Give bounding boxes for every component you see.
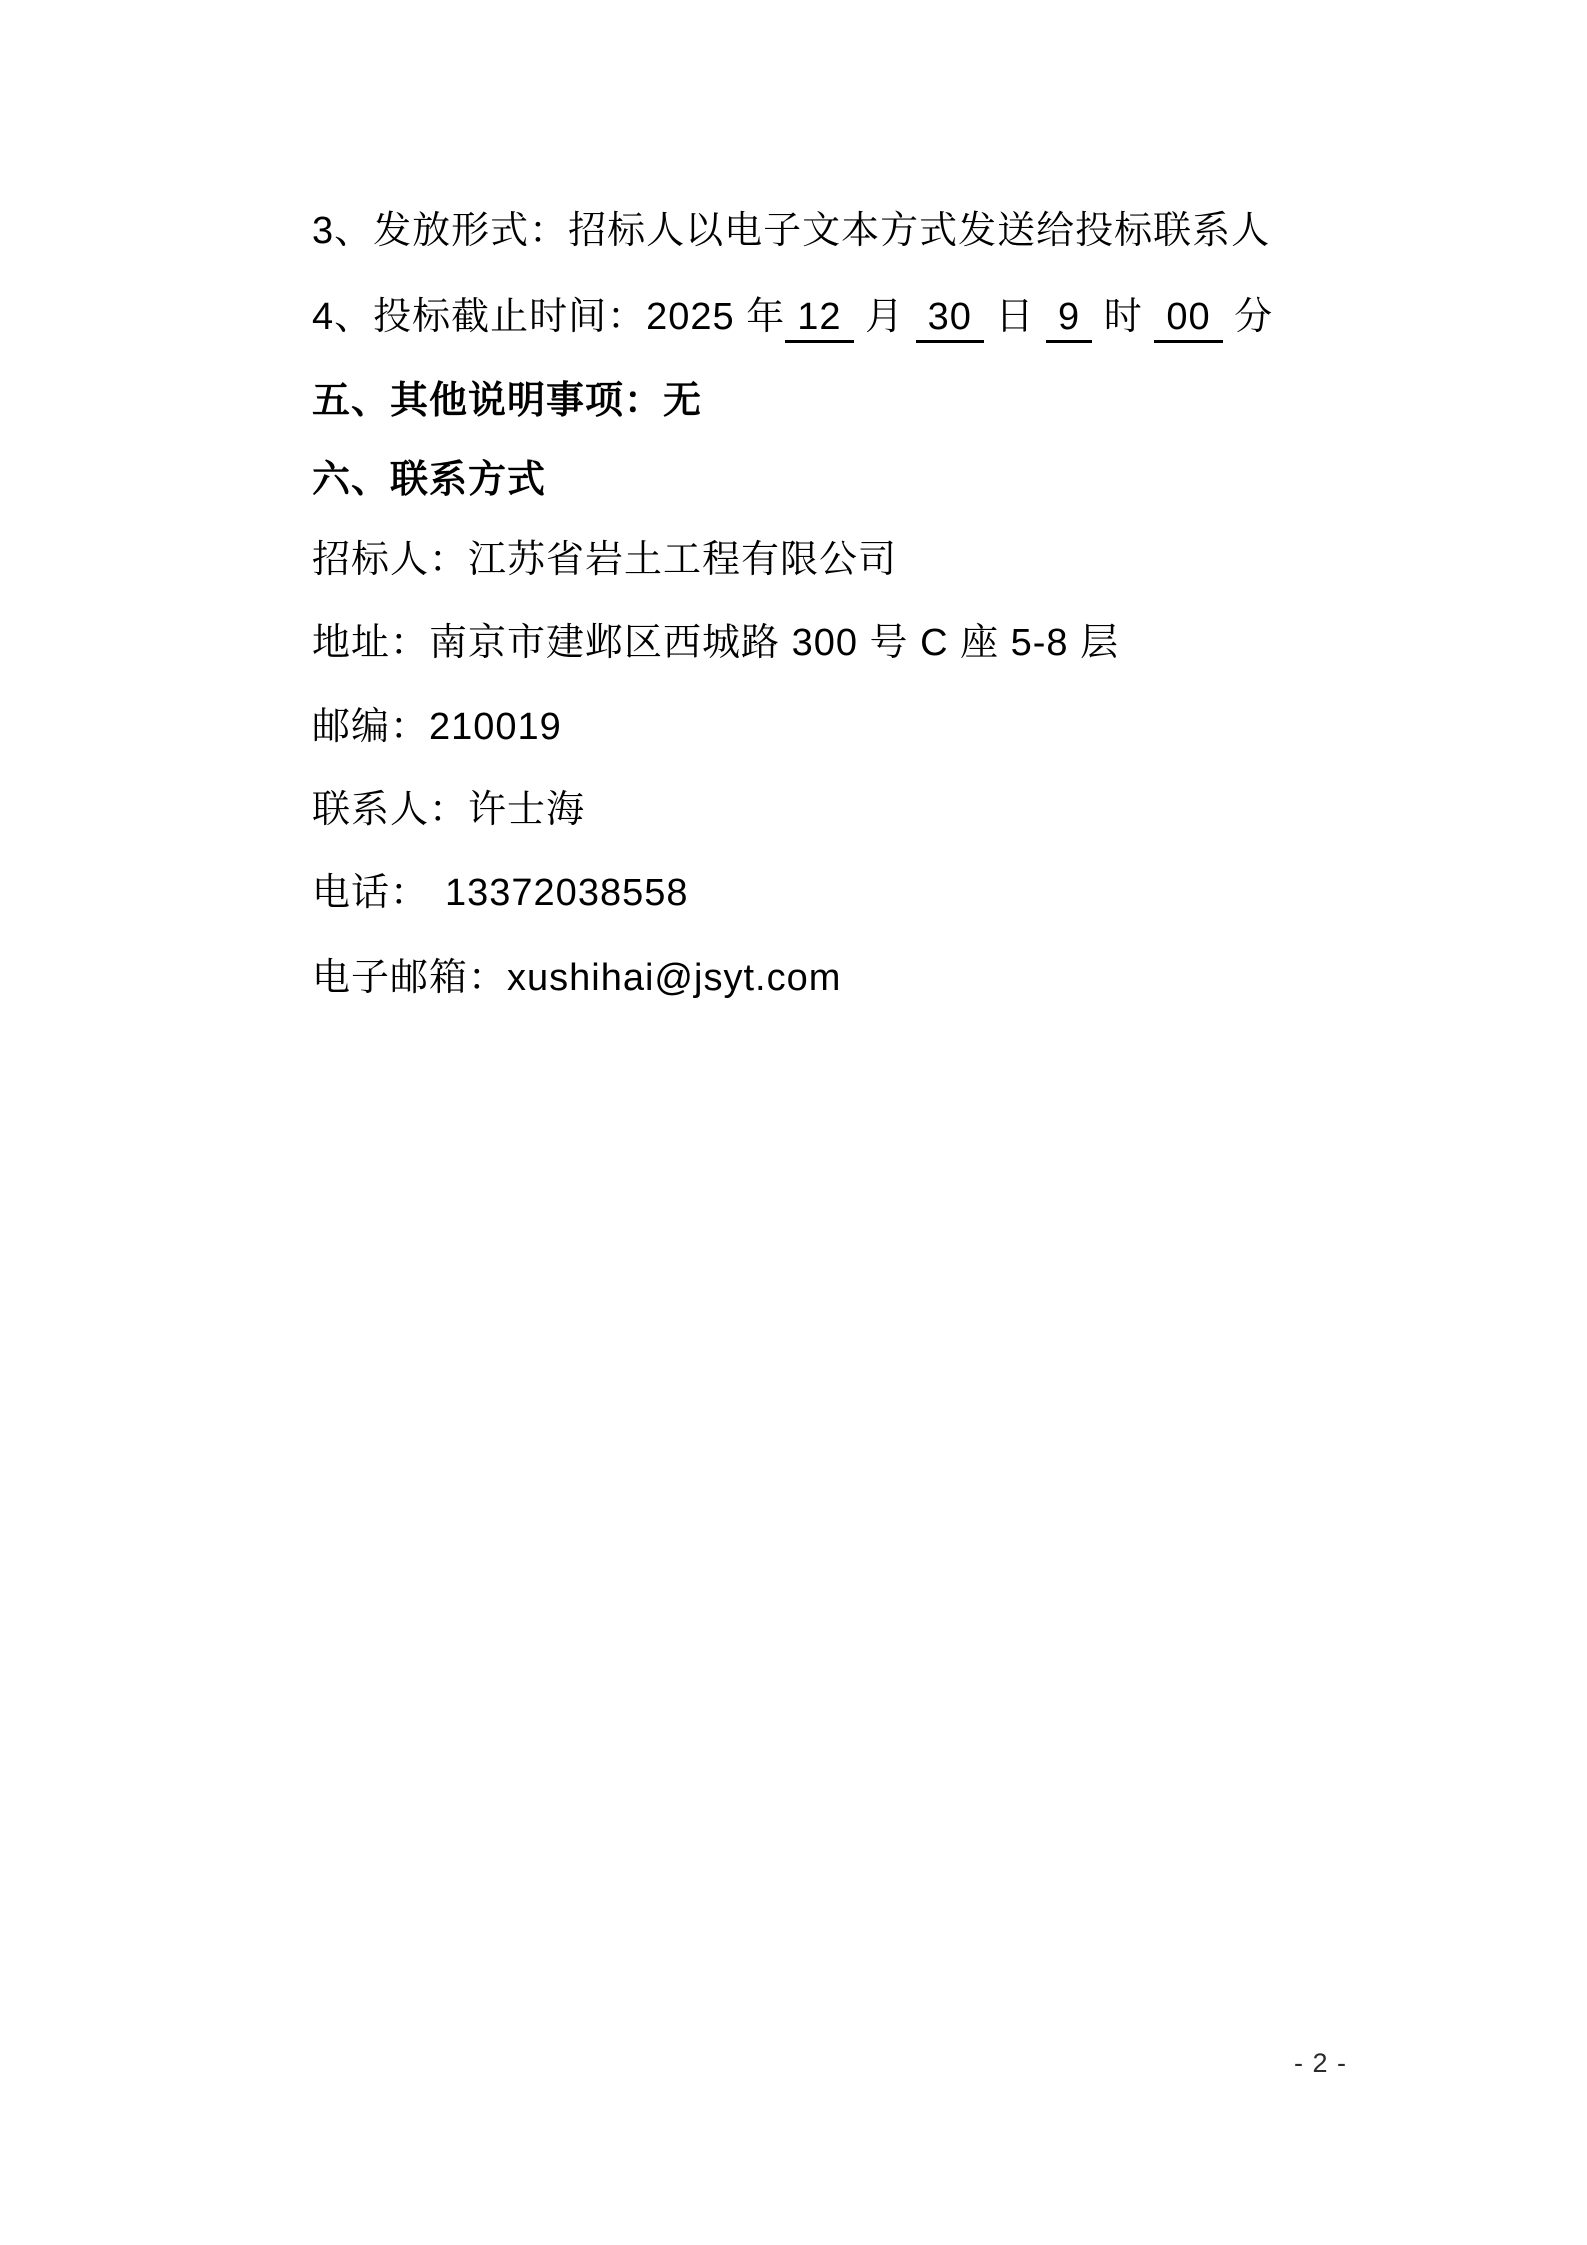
phone-label: 电话： — [312, 872, 429, 914]
tenderer-label: 招标人： — [312, 539, 468, 581]
email-line: 电子邮箱：xushihai@jsyt.com — [312, 957, 841, 1001]
deadline-prefix: 4、投标截止时间：2025 年 — [312, 296, 785, 338]
page-number: - 2 - — [1294, 2048, 1347, 2079]
deadline-month-value: 12 — [785, 298, 853, 343]
postcode-label: 邮编： — [312, 706, 429, 748]
deadline-hour-value: 9 — [1046, 298, 1092, 343]
phone-value: 13372038558 — [445, 872, 688, 914]
contact-info-heading: 六、联系方式 — [312, 459, 546, 503]
contact-person-line: 联系人：许士海 — [312, 789, 585, 833]
tenderer-value: 江苏省岩土工程有限公司 — [468, 539, 897, 581]
phone-line: 电话：13372038558 — [312, 872, 689, 916]
document-page: 3、发放形式：招标人以电子文本方式发送给投标联系人 4、投标截止时间：2025 … — [0, 0, 1587, 2245]
other-notes-heading: 五、其他说明事项：无 — [312, 380, 702, 424]
email-label: 电子邮箱： — [312, 957, 507, 999]
address-line: 地址：南京市建邺区西城路 300 号 C 座 5-8 层 — [312, 622, 1119, 666]
address-value: 南京市建邺区西城路 300 号 C 座 5-8 层 — [429, 622, 1119, 664]
deadline-hour-unit: 时 — [1092, 296, 1154, 338]
contact-person-value: 许士海 — [468, 789, 585, 831]
deadline-minute-value: 00 — [1154, 298, 1222, 343]
contact-person-label: 联系人： — [312, 789, 468, 831]
email-value: xushihai@jsyt.com — [507, 957, 841, 999]
postcode-line: 邮编：210019 — [312, 706, 562, 750]
deadline-day-unit: 日 — [984, 296, 1046, 338]
distribution-method-line: 3、发放形式：招标人以电子文本方式发送给投标联系人 — [312, 210, 1270, 254]
deadline-month-unit: 月 — [854, 296, 916, 338]
deadline-minute-unit: 分 — [1223, 296, 1274, 338]
address-label: 地址： — [312, 622, 429, 664]
deadline-day-value: 30 — [916, 298, 984, 343]
postcode-value: 210019 — [429, 706, 562, 748]
bid-deadline-line: 4、投标截止时间：2025 年12 月 30 日 9 时 00 分 — [312, 296, 1273, 343]
tenderer-line: 招标人：江苏省岩土工程有限公司 — [312, 539, 897, 583]
